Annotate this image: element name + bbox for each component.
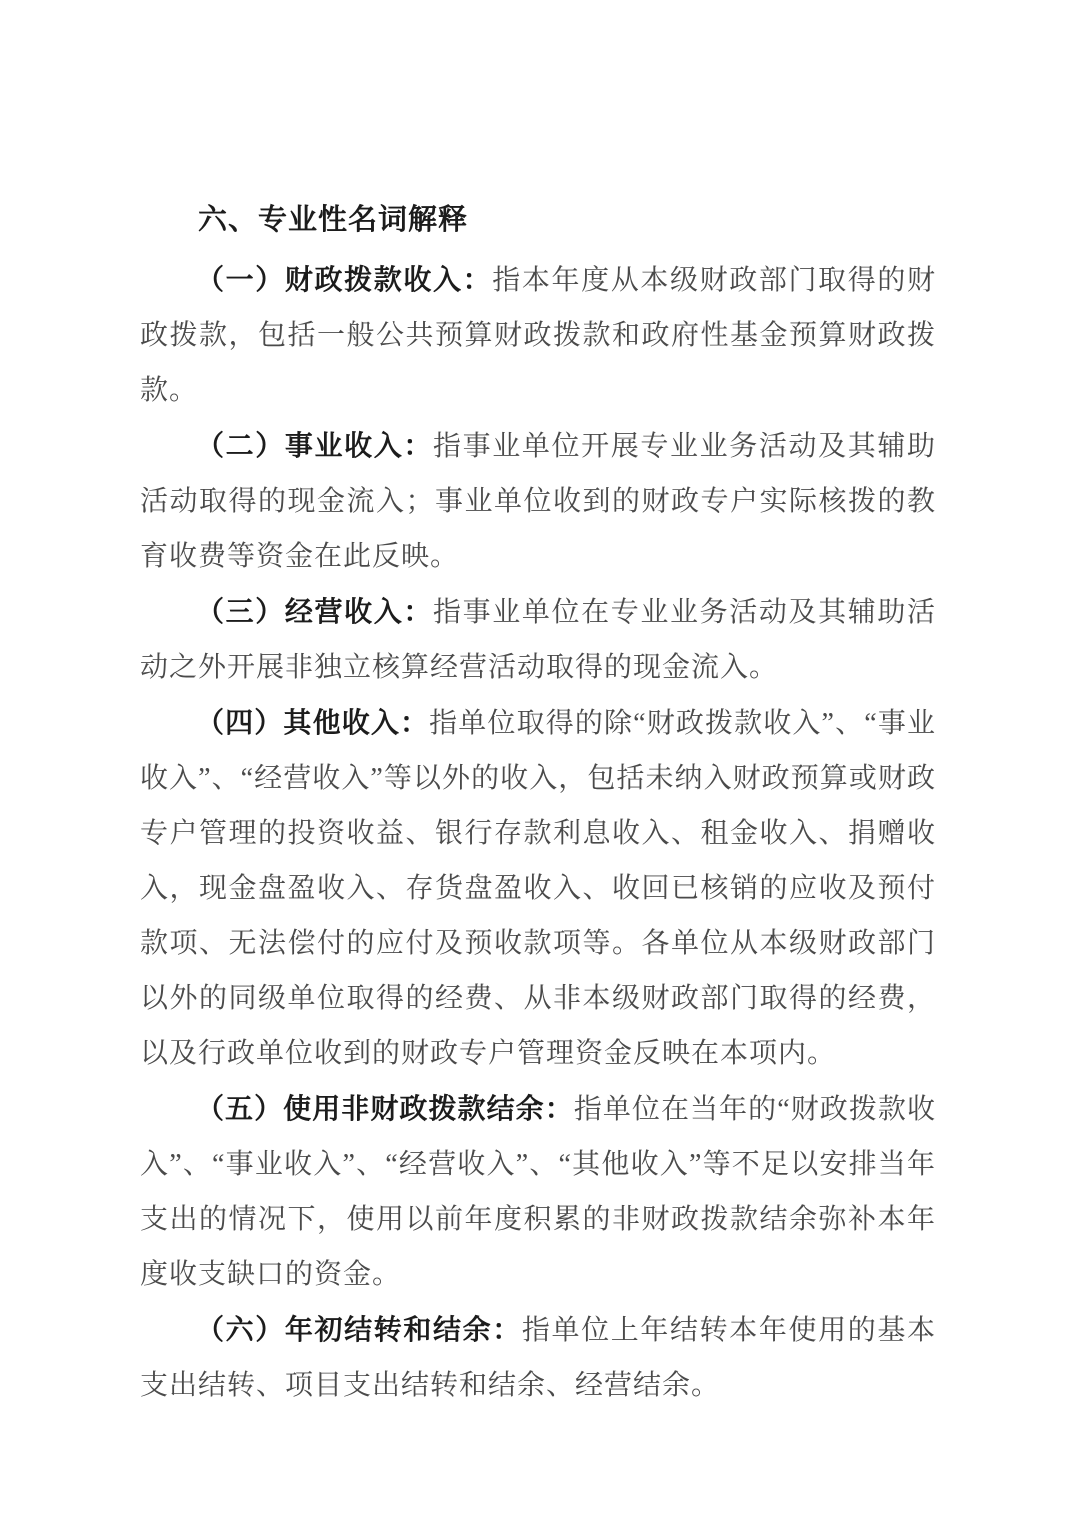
glossary-paragraph-1: （一）财政拨款收入：指本年度从本级财政部门取得的财政拨款，包括一般公共预算财政拨… bbox=[140, 252, 936, 418]
glossary-paragraph-6: （六）年初结转和结余：指单位上年结转本年使用的基本支出结转、项目支出结转和结余、… bbox=[140, 1302, 936, 1413]
glossary-term: （一）财政拨款收入： bbox=[196, 264, 492, 295]
glossary-paragraph-4: （四）其他收入：指单位取得的除“财政拨款收入”、“事业收入”、“经营收入”等以外… bbox=[140, 695, 936, 1081]
glossary-paragraph-2: （二）事业收入：指事业单位开展专业业务活动及其辅助活动取得的现金流入；事业单位收… bbox=[140, 418, 936, 584]
glossary-paragraph-5: （五）使用非财政拨款结余：指单位在当年的“财政拨款收入”、“事业收入”、“经营收… bbox=[140, 1081, 936, 1302]
glossary-term: （六）年初结转和结余： bbox=[196, 1314, 522, 1345]
section-heading: 六、专业性名词解释 bbox=[140, 193, 936, 248]
glossary-definition: 指单位取得的除“财政拨款收入”、“事业收入”、“经营收入”等以外的收入，包括未纳… bbox=[140, 708, 936, 1069]
document-content: 六、专业性名词解释 （一）财政拨款收入：指本年度从本级财政部门取得的财政拨款，包… bbox=[140, 193, 936, 1413]
document-page: 六、专业性名词解释 （一）财政拨款收入：指本年度从本级财政部门取得的财政拨款，包… bbox=[0, 0, 1074, 1520]
glossary-paragraph-3: （三）经营收入：指事业单位在专业业务活动及其辅助活动之外开展非独立核算经营活动取… bbox=[140, 584, 936, 695]
glossary-term: （二）事业收入： bbox=[196, 430, 433, 461]
glossary-term: （五）使用非财政拨款结余： bbox=[196, 1093, 574, 1124]
glossary-term: （三）经营收入： bbox=[196, 596, 433, 627]
glossary-term: （四）其他收入： bbox=[196, 707, 429, 738]
